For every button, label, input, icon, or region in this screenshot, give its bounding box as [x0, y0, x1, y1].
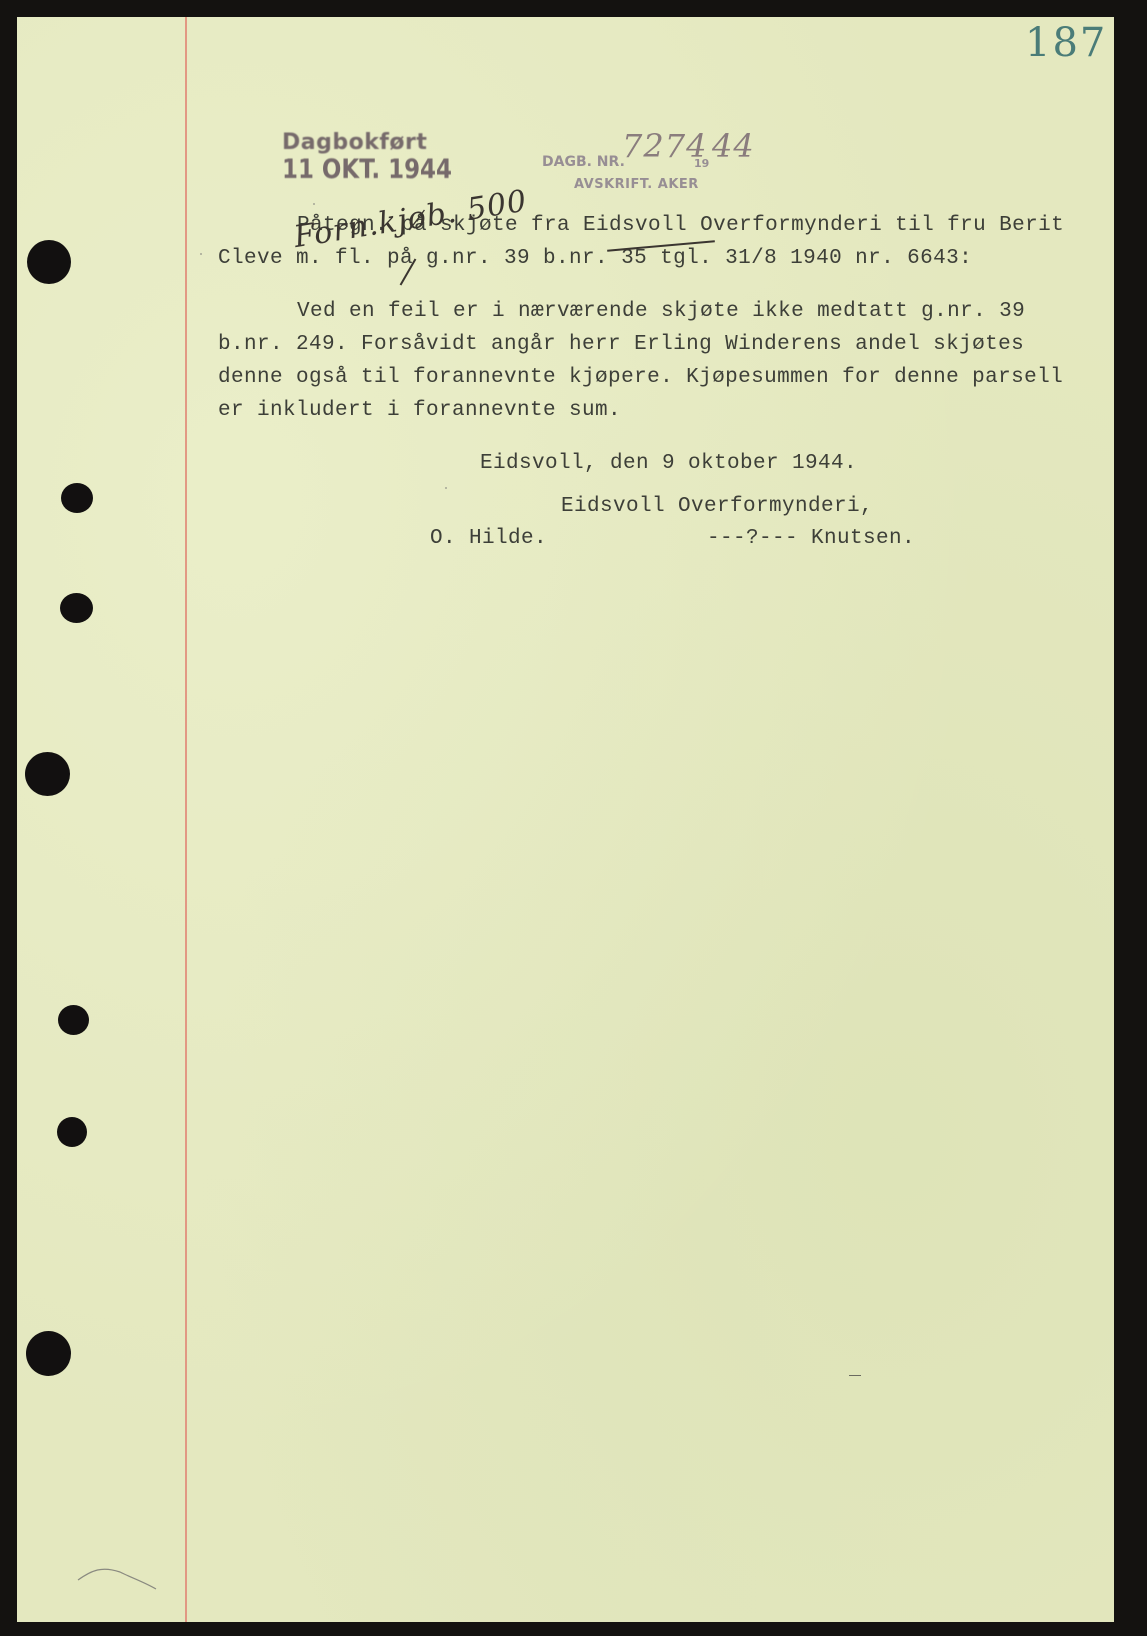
punch-hole-icon [27, 240, 71, 284]
stamp-year-prefix: 19 [694, 157, 709, 170]
body-line-4: b.nr. 249. Forsåvidt angår herr Erling W… [218, 333, 1024, 356]
signature-right: ---?--- Knutsen. [707, 527, 915, 550]
stamp-registered-label: Dagbokført [282, 132, 482, 154]
body-line-2: Cleve m. fl. på g.nr. 39 b.nr. 35 tgl. 3… [218, 247, 972, 270]
punch-hole-icon [25, 752, 70, 796]
margin-rule-line [185, 17, 187, 1622]
page-number: 187 [1025, 20, 1107, 66]
pencil-dash-mark [849, 1375, 861, 1376]
signature-left: O. Hilde. [430, 527, 547, 550]
stamp-dagb-label: DAGB. NR. [542, 154, 625, 170]
place-date: Eidsvoll, den 9 oktober 1944. [480, 452, 857, 475]
punch-hole-icon [57, 1117, 87, 1147]
punch-hole-icon [26, 1331, 71, 1376]
paper-speck [313, 203, 315, 205]
body-line-3: Ved en feil er i nærværende skjøte ikke … [297, 300, 1025, 323]
punch-hole-icon [60, 593, 93, 623]
stamp-registered-date: 11 OKT. 1944 [282, 156, 452, 183]
body-line-5: denne også til forannevnte kjøpere. Kjøp… [218, 366, 1063, 389]
paper-speck [200, 253, 202, 255]
pencil-squiggle-mark [62, 1562, 162, 1602]
registration-stamp: Dagbokført 11 OKT. 1944 [282, 132, 482, 183]
handwritten-annotation: Forn.kjøb. 500 [292, 184, 530, 255]
document-page: 187 Dagbokført 11 OKT. 1944 DAGB. NR. 72… [17, 17, 1114, 1622]
punch-hole-icon [58, 1005, 89, 1035]
paper-speck [445, 487, 447, 489]
stamp-year-handwritten: 44 [712, 127, 755, 165]
stamp-avskrift-label: AVSKRIFT. AKER [574, 177, 699, 192]
body-line-6: er inkludert i forannevnte sum. [218, 399, 621, 422]
punch-hole-icon [61, 483, 93, 513]
signatory-organization: Eidsvoll Overformynderi, [561, 495, 873, 518]
